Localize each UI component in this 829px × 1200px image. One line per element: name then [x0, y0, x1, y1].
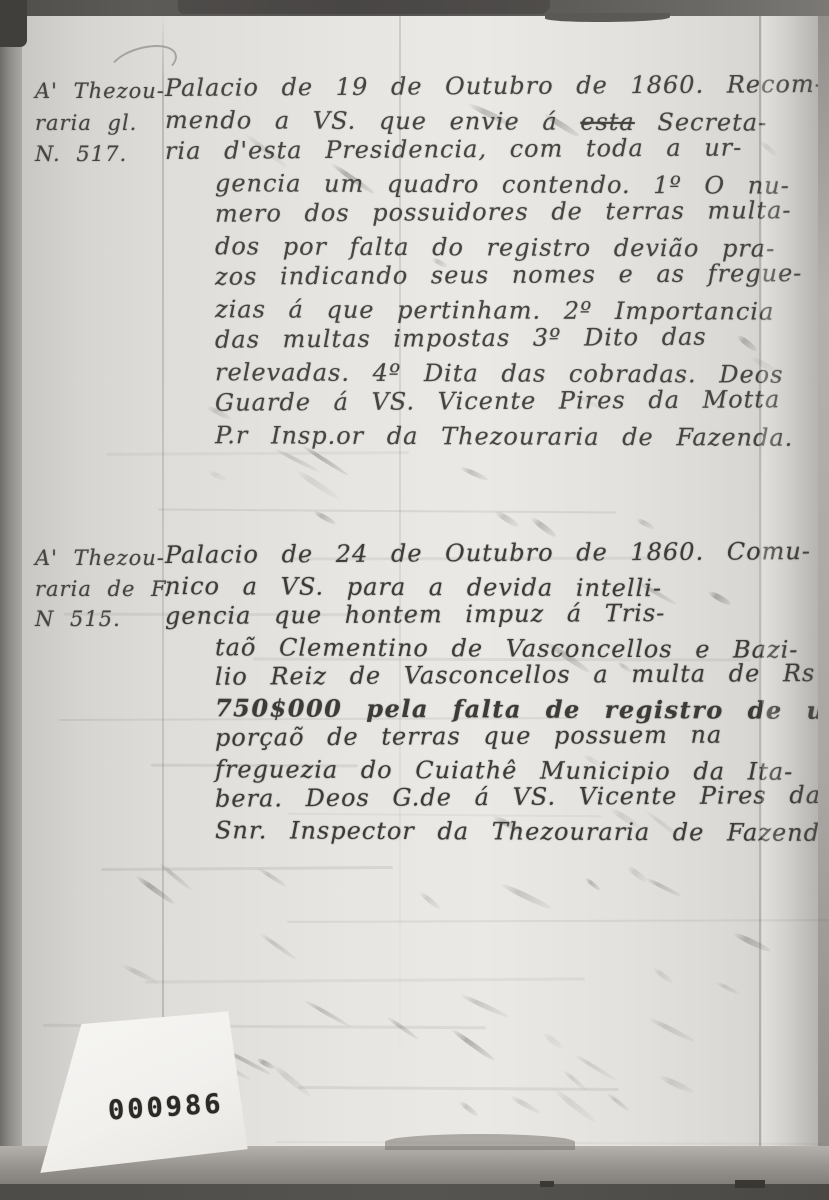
handwritten-line: Guarde á VS. Vicente Pires da Motta [165, 384, 817, 419]
margin-line: A' Thezou- [35, 76, 165, 108]
manuscript-paper: A' Thezou-raria gl.N. 517. Palacio de 19… [22, 13, 822, 1155]
letter-body-1: Palacio de 19 de Outubro de 1860. Recom-… [165, 73, 817, 451]
margin-line: A' Thezou- [35, 543, 165, 574]
handwritten-line: ria d'esta Presidencia, com toda a ur- [165, 132, 817, 167]
scan-bottom-band [0, 1184, 829, 1200]
handwritten-line: mero dos possuidores de terras multa- [165, 195, 817, 230]
scanned-manuscript-page: A' Thezou-raria gl.N. 517. Palacio de 19… [0, 0, 829, 1200]
handwritten-line: porçaõ de terras que possuem na [165, 719, 817, 753]
scan-corner-mark [0, 0, 27, 47]
scan-right-edge [818, 0, 829, 1200]
margin-annotation-2: A' Thezou-raria de F.N 515. [35, 543, 165, 635]
margin-line: N. 517. [35, 139, 165, 171]
handwritten-line: lio Reiz de Vasconcellos a multa de Rs [165, 658, 817, 692]
handwritten-line: zos indicando seus nomes e as fregue- [165, 258, 817, 293]
archive-number-stamp: 000986 [107, 1089, 224, 1127]
handwritten-line: Palacio de 24 de Outubro de 1860. Comu- [165, 536, 817, 570]
handwritten-line: P.r Insp.or da Thezouraria de Fazenda. [165, 420, 817, 454]
margin-line: raria de F. [35, 574, 165, 605]
margin-line: raria gl. [35, 108, 165, 140]
handwritten-line: Palacio de 19 de Outubro de 1860. Recom- [165, 69, 817, 104]
handwritten-line: bera. Deos G.de á VS. Vicente Pires da M… [165, 780, 817, 814]
handwritten-line: gencia que hontem impuz á Tris- [165, 597, 817, 631]
letter-body-2: Palacio de 24 de Outubro de 1860. Comu-n… [165, 540, 817, 845]
margin-annotation-1: A' Thezou-raria gl.N. 517. [35, 76, 165, 171]
handwritten-line: Snr. Inspector da Thezouraria de Fazenda… [165, 815, 817, 848]
scan-left-gutter [0, 0, 24, 1200]
scan-top-shadow [0, 0, 829, 16]
handwritten-line: das multas impostas 3º Dito das [165, 321, 817, 356]
margin-line: N 515. [35, 604, 165, 635]
